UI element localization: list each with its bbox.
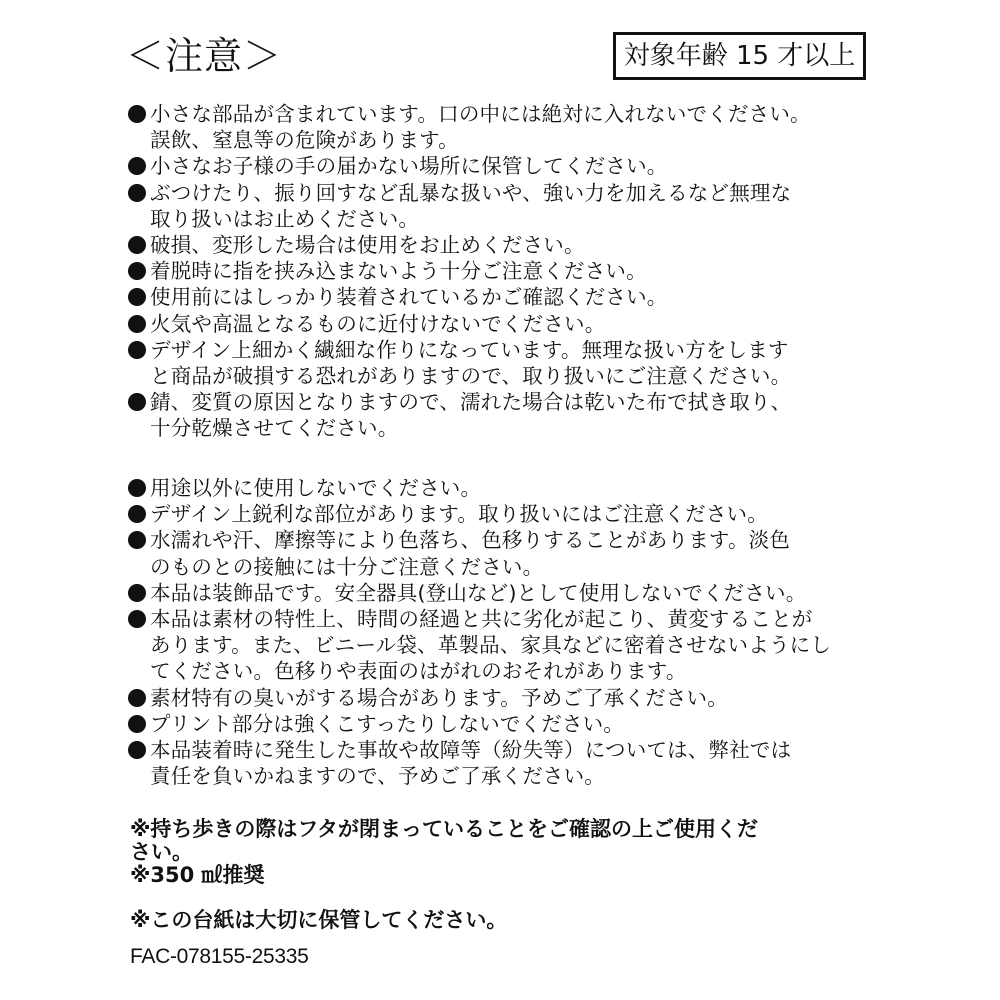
bullet-icon xyxy=(128,689,146,707)
bullet-icon xyxy=(128,610,146,628)
caution-item: デザイン上細かく繊細な作りになっています。無理な扱い方をします と商品が破損する… xyxy=(128,337,888,389)
bullet-icon xyxy=(128,584,146,602)
note-capacity: ※350 ㎖推奨 xyxy=(130,864,890,887)
bullet-icon xyxy=(128,531,146,549)
bullet-icon xyxy=(128,715,146,733)
bullet-icon xyxy=(128,315,146,333)
caution-item: プリント部分は強くこすったりしないでください。 xyxy=(128,711,888,737)
caution-item: 錆、変質の原因となりますので、濡れた場合は乾いた布で拭き取り、 十分乾燥させてく… xyxy=(128,389,888,441)
bullet-icon xyxy=(128,505,146,523)
caution-item: 小さなお子様の手の届かない場所に保管してください。 xyxy=(128,153,888,179)
bullet-icon xyxy=(128,262,146,280)
caution-item: 小さな部品が含まれています。口の中には絶対に入れないでください。 誤飲、窒息等の… xyxy=(128,101,888,153)
page-title: ＜注意＞ xyxy=(126,32,282,80)
caution-item: デザイン上鋭利な部位があります。取り扱いにはご注意ください。 xyxy=(128,501,888,527)
caution-item: 着脱時に指を挟み込まないよう十分ご注意ください。 xyxy=(128,258,888,284)
bullet-icon xyxy=(128,288,146,306)
caution-item: 本品は装飾品です。安全器具(登山など)として使用しないでください。 xyxy=(128,580,888,606)
caution-item: 使用前にはしっかり装着されているかご確認ください。 xyxy=(128,284,888,310)
caution-item: 本品は素材の特性上、時間の経過と共に劣化が起こり、黄変することが あります。また… xyxy=(128,606,888,685)
caution-item: 本品装着時に発生した事故や故障等（紛失等）については、弊社では 責任を負いかねま… xyxy=(128,737,888,789)
caution-item: 素材特有の臭いがする場合があります。予めご了承ください。 xyxy=(128,685,888,711)
bullet-icon xyxy=(128,184,146,202)
product-code: FAC-078155-25335 xyxy=(130,945,309,969)
bullet-icon xyxy=(128,393,146,411)
bullet-icon xyxy=(128,741,146,759)
note-carry-lid: ※持ち歩きの際はフタが閉まっていることをご確認の上ご使用くだ さい。 xyxy=(130,818,890,864)
bold-notes: ※持ち歩きの際はフタが閉まっていることをご確認の上ご使用くだ さい。 ※350 … xyxy=(130,818,890,887)
caution-item: 破損、変形した場合は使用をお止めください。 xyxy=(128,232,888,258)
bullet-icon xyxy=(128,479,146,497)
caution-item: 火気や高温となるものに近付けないでください。 xyxy=(128,311,888,337)
caution-item: 用途以外に使用しないでください。 xyxy=(128,475,888,501)
age-rating-badge: 対象年齢 15 才以上 xyxy=(613,32,866,80)
bullet-icon xyxy=(128,341,146,359)
caution-list-2: 用途以外に使用しないでください。 デザイン上鋭利な部位があります。取り扱いにはご… xyxy=(128,475,888,789)
caution-item: ぶつけたり、振り回すなど乱暴な扱いや、強い力を加えるなど無理な 取り扱いはお止め… xyxy=(128,180,888,232)
note-keep-card: ※この台紙は大切に保管してください。 xyxy=(130,904,507,934)
bullet-icon xyxy=(128,157,146,175)
caution-list-1: 小さな部品が含まれています。口の中には絶対に入れないでください。 誤飲、窒息等の… xyxy=(128,101,888,442)
bullet-icon xyxy=(128,236,146,254)
caution-item: 水濡れや汗、摩擦等により色落ち、色移りすることがあります。淡色 のものとの接触に… xyxy=(128,527,888,579)
bullet-icon xyxy=(128,105,146,123)
